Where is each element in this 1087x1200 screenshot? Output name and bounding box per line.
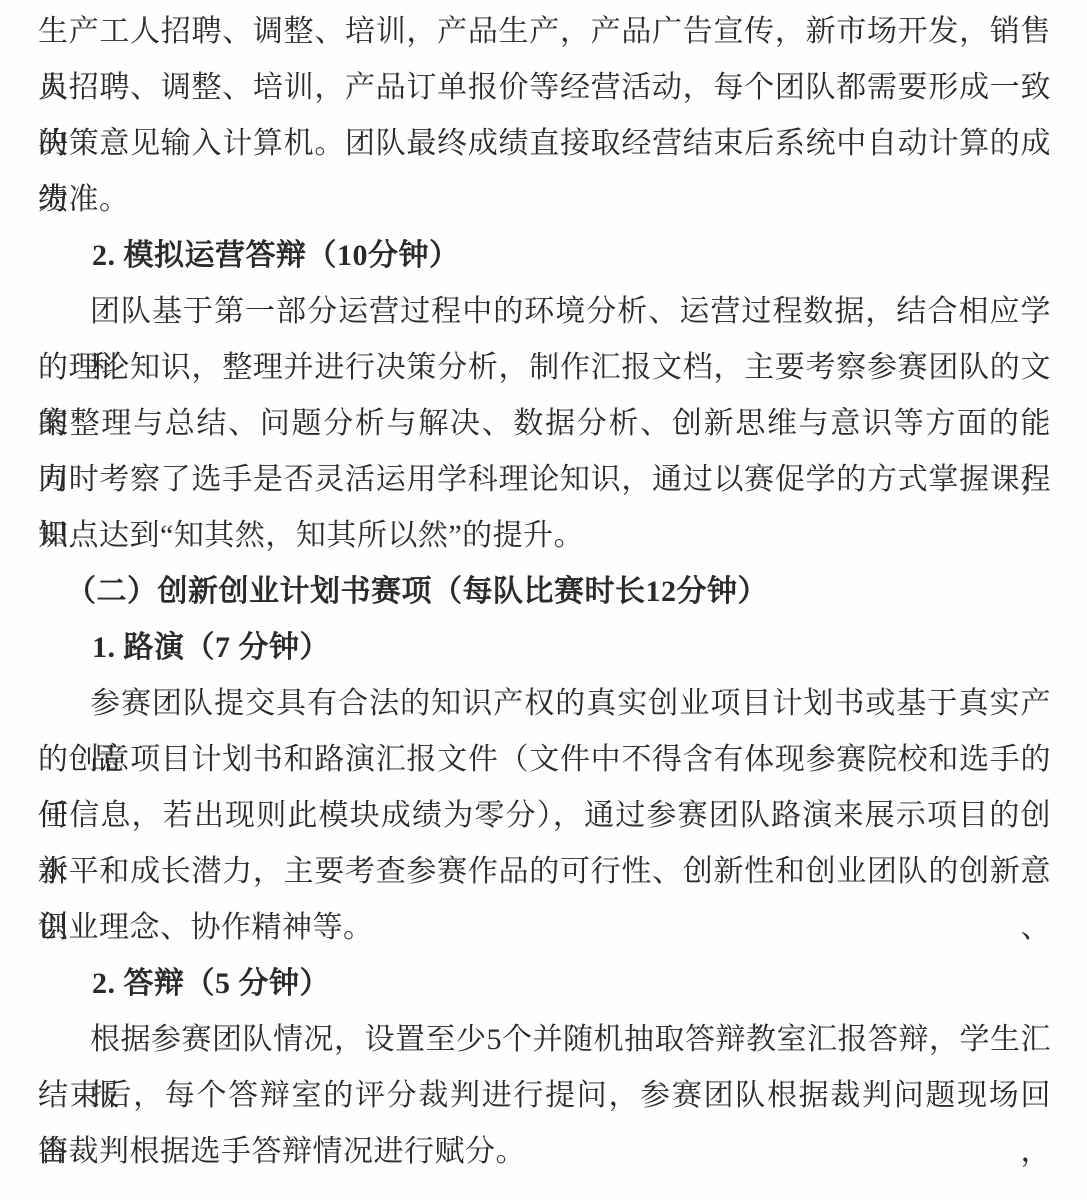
- paragraph-line: 团队基于第一部分运营过程中的环境分析、运营过程数据，结合相应学科: [38, 284, 1051, 340]
- paragraph-line: 结束后，每个答辩室的评分裁判进行提问，参赛团队根据裁判问题现场回答，: [38, 1068, 1051, 1124]
- paragraph-line: 员招聘、调整、培训，产品订单报价等经营活动，每个团队都需要形成一致的: [38, 60, 1051, 116]
- paragraph-line: 同时考察了选手是否灵活运用学科理论知识，通过以赛促学的方式掌握课程知: [38, 452, 1051, 508]
- document-page: 生产工人招聘、调整、培训，产品生产，产品广告宣传，新市场开发，销售人 员招聘、调…: [0, 0, 1087, 1200]
- heading-simulation-defense: 2. 模拟运营答辩（10分钟）: [38, 228, 1051, 284]
- paragraph-line: 的创意项目计划书和路演汇报文件（文件中不得含有体现参赛院校和选手的任: [38, 732, 1051, 788]
- heading-roadshow: 1. 路演（7 分钟）: [38, 620, 1051, 676]
- paragraph-line: 的整理与总结、问题分析与解决、数据分析、创新思维与意识等方面的能力，: [38, 396, 1051, 452]
- paragraph-line: 识点达到“知其然，知其所以然”的提升。: [38, 508, 1051, 564]
- paragraph-line: 何信息，若出现则此模块成绩为零分），通过参赛团队路演来展示项目的创新: [38, 788, 1051, 844]
- paragraph-line: 生产工人招聘、调整、培训，产品生产，产品广告宣传，新市场开发，销售人: [38, 4, 1051, 60]
- paragraph-line: 根据参赛团队情况，设置至少5个并随机抽取答辩教室汇报答辩，学生汇报: [38, 1012, 1051, 1068]
- paragraph-line: 的理论知识，整理并进行决策分析，制作汇报文档，主要考察参赛团队的文案: [38, 340, 1051, 396]
- text-column: 生产工人招聘、调整、培训，产品生产，产品广告宣传，新市场开发，销售人 员招聘、调…: [38, 4, 1051, 1180]
- heading-defense: 2. 答辩（5 分钟）: [38, 956, 1051, 1012]
- paragraph-line: 决策意见输入计算机。团队最终成绩直接取经营结束后系统中自动计算的成绩: [38, 116, 1051, 172]
- paragraph-line: 为准。: [38, 172, 1051, 228]
- paragraph-line: 参赛团队提交具有合法的知识产权的真实创业项目计划书或基于真实产品: [38, 676, 1051, 732]
- paragraph-line: 水平和成长潜力，主要考查参赛作品的可行性、创新性和创业团队的创新意识、: [38, 844, 1051, 900]
- heading-section-two: （二）创新创业计划书赛项（每队比赛时长12分钟）: [38, 564, 1051, 620]
